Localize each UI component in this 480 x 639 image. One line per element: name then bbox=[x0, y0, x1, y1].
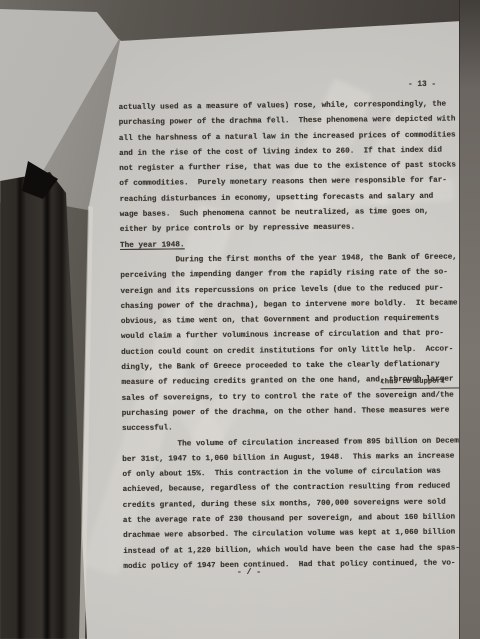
typewritten-text-block: actually used as a measure of values) ro… bbox=[119, 97, 472, 575]
scanned-document-photo: - 13 - actually used as a measure of val… bbox=[0, 0, 480, 639]
photo-right-edge bbox=[459, 0, 480, 639]
page-number: - 13 - bbox=[408, 81, 436, 89]
page-footer-mark: - / - bbox=[237, 568, 261, 577]
handwritten-insertion-note: thus to support bbox=[380, 377, 464, 389]
